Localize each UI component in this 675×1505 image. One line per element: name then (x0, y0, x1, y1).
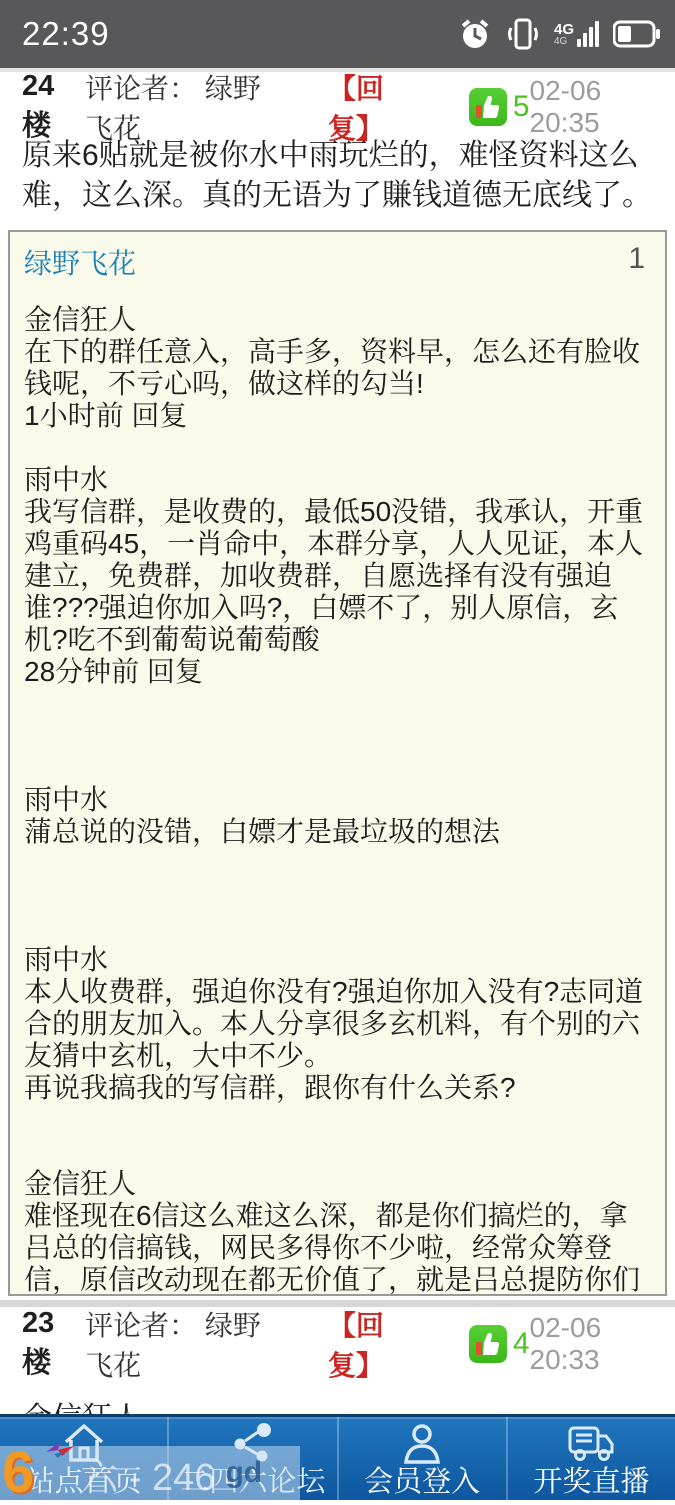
nav-site-home[interactable]: 站点首页 (0, 1417, 167, 1500)
comment-timestamp: 02-06 20:33 (530, 1312, 659, 1376)
nav-live-draw[interactable]: 开奖直播 (506, 1417, 675, 1500)
like-button[interactable]: 5 (469, 88, 530, 126)
nav-label: 站点首页 (26, 1465, 142, 1499)
thumb-up-icon (469, 1325, 507, 1363)
floor-label: 23楼 (22, 1307, 75, 1381)
nav-member-login[interactable]: 会员登入 (337, 1417, 506, 1500)
like-button[interactable]: 4 (469, 1325, 530, 1363)
share-icon (230, 1421, 276, 1465)
comment-timestamp: 02-06 20:35 (530, 75, 659, 139)
home-icon (62, 1421, 106, 1465)
reply-button[interactable]: 【回复】 (328, 1304, 425, 1384)
like-count: 4 (513, 1327, 530, 1361)
quote-author-link[interactable]: 绿野飞花 (24, 242, 136, 282)
quoted-thread-box[interactable]: 绿野飞花 1 金信狂人 在下的群任意入，高手多，资料早，怎么还有脸收钱呢，不亏心… (8, 230, 667, 1296)
comment-24-header: 24楼 评论者： 绿野飞花 【回复】 5 02-06 20:35 (0, 88, 675, 126)
clock-time: 22:39 (22, 15, 110, 53)
bottom-navigation: 站点首页 二四六论坛 会员登入 (0, 1414, 675, 1500)
quote-content: 金信狂人 在下的群任意入，高手多，资料早，怎么还有脸收钱呢，不亏心吗，做这样的勾… (24, 304, 651, 1296)
status-bar: 22:39 4G 4G (0, 0, 675, 68)
comment-23-header: 23楼 评论者： 绿野飞花 【回复】 4 02-06 20:33 (0, 1325, 675, 1363)
comment-author: 评论者： 绿野飞花 (85, 67, 286, 147)
comment-24: 24楼 评论者： 绿野飞花 【回复】 5 02-06 20:35 原来6贴就是被… (0, 88, 675, 1296)
reply-button[interactable]: 【回复】 (328, 67, 425, 147)
alarm-icon (458, 17, 492, 51)
truck-icon (566, 1421, 616, 1465)
battery-icon (613, 20, 661, 48)
comment-body: 原来6贴就是被你水中雨玩烂的，难怪资料这么难，这么深。真的无语为了賺钱道德无底线… (0, 136, 675, 216)
signal-4g-icon: 4G 4G (554, 21, 599, 47)
comment-author: 评论者： 绿野飞花 (85, 1304, 286, 1384)
like-count: 5 (513, 90, 530, 124)
quote-floor-number: 1 (628, 242, 651, 276)
user-icon (400, 1421, 444, 1465)
nav-label: 会员登入 (364, 1465, 480, 1499)
vibrate-icon (506, 16, 540, 52)
thumb-up-icon (469, 88, 507, 126)
nav-label: 二四六论坛 (180, 1465, 325, 1499)
nav-forum[interactable]: 二四六论坛 (167, 1417, 336, 1500)
nav-label: 开奖直播 (533, 1465, 649, 1499)
quote-header: 绿野飞花 1 (24, 242, 651, 282)
floor-label: 24楼 (22, 70, 75, 144)
status-icons: 4G 4G (458, 16, 661, 52)
